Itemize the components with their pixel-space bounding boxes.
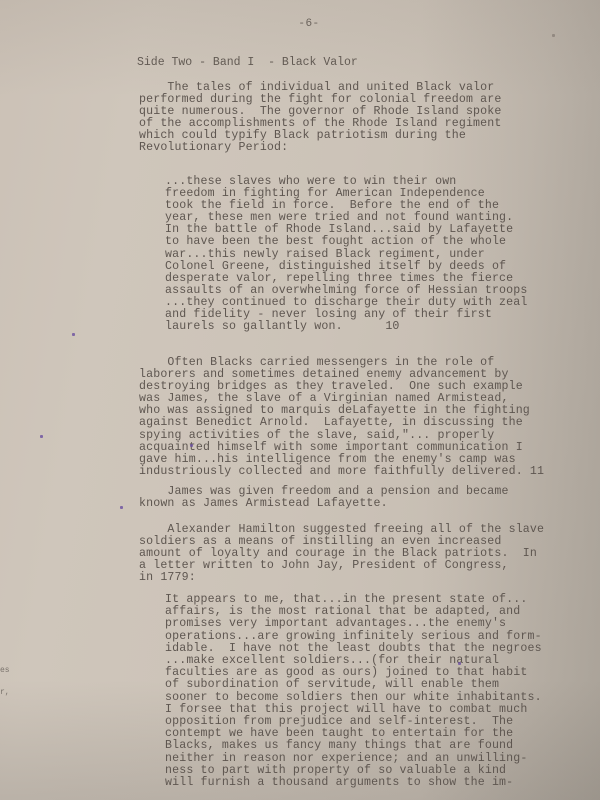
section-heading: Side Two - Band I - Black Valor — [137, 56, 358, 69]
margin-bleed-text: es — [0, 666, 10, 675]
ink-fleck — [458, 662, 461, 665]
paragraph-hamilton: Alexander Hamilton suggested freeing all… — [139, 524, 544, 584]
ink-fleck — [120, 506, 123, 509]
ink-fleck — [552, 34, 555, 37]
page-number: -6- — [0, 18, 600, 30]
ink-fleck — [72, 333, 75, 336]
quote-hamilton-letter: It appears to me, that...in the present … — [165, 594, 542, 789]
quote-rhode-island: ...these slaves who were to win their ow… — [165, 176, 527, 333]
paragraph-intro: The tales of individual and united Black… — [139, 82, 501, 155]
margin-bleed-text: r, — [0, 688, 10, 697]
paragraph-james-freedom: James was given freedom and a pension an… — [139, 486, 509, 510]
ink-fleck — [190, 444, 193, 447]
ink-fleck — [40, 435, 43, 438]
paragraph-james-spy: Often Blacks carried messengers in the r… — [139, 357, 544, 478]
